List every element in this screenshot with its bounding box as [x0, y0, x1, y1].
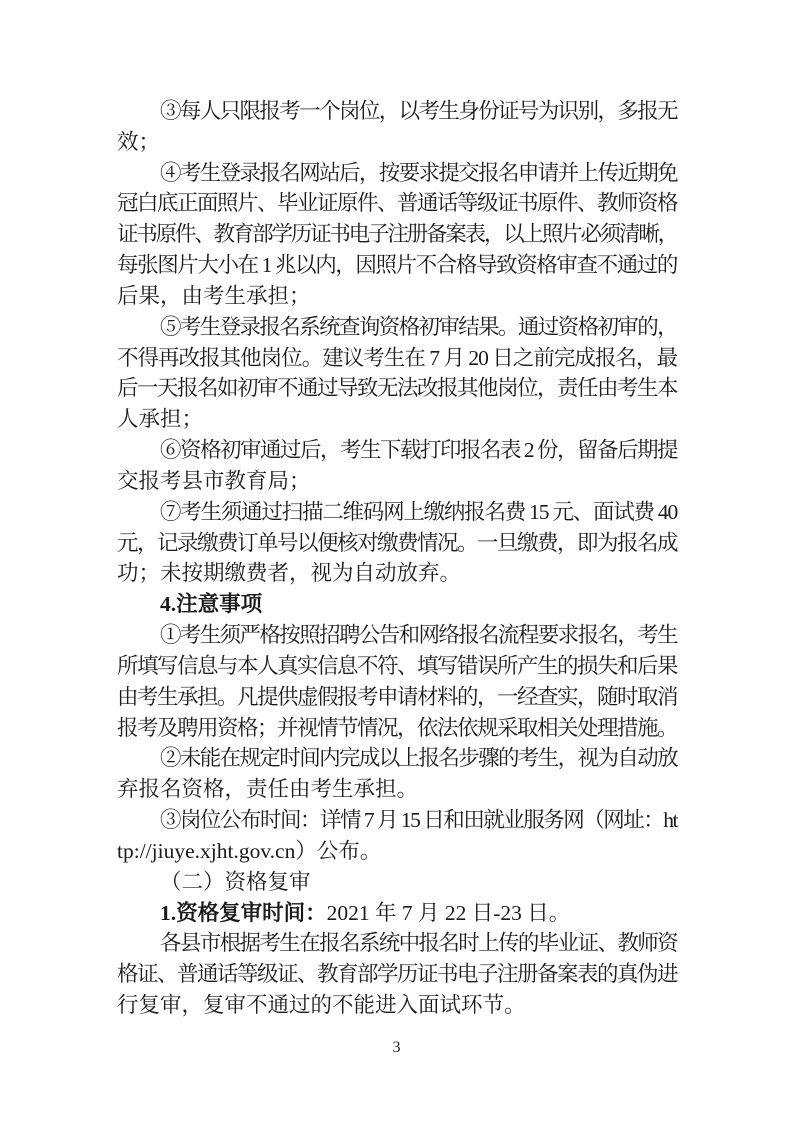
text-line: ②未能在规定时间内完成以上报名步骤的考生，视为自动放 [117, 743, 677, 774]
text-line: ⑥资格初审通过后，考生下载打印报名表 2 份，留备后期提 [117, 435, 677, 466]
document-page: ③每人只限报考一个岗位，以考生身份证号为识别，多报无 效； ④考生登录报名网站后… [0, 0, 793, 1122]
text-line: 所填写信息与本人真实信息不符、填写错误所产生的损失和后果 [117, 651, 677, 682]
text-line: 后一天报名如初审不通过导致无法改报其他岗位，责任由考生本 [117, 373, 677, 404]
section-heading: （二）资格复审 [117, 867, 677, 898]
text-line: 每张图片大小在 1 兆以内，因照片不合格导致资格审查不通过的 [117, 250, 677, 281]
text-line: ⑤考生登录报名系统查询资格初审结果。通过资格初审的， [117, 312, 677, 343]
text-line: 效； [117, 127, 677, 158]
text-line: tp://jiuye.xjht.gov.cn）公布。 [117, 836, 677, 867]
text-line: 报考及聘用资格；并视情节情况，依法依规采取相关处理措施。 [117, 713, 677, 744]
text-line: 冠白底正面照片、毕业证原件、普通话等级证书原件、教师资格 [117, 188, 677, 219]
document-text-block: ③每人只限报考一个岗位，以考生身份证号为识别，多报无 效； ④考生登录报名网站后… [117, 96, 677, 1021]
text-line: 人承担； [117, 404, 677, 435]
section-heading: 1.资格复审时间：2021 年 7 月 22 日-23 日。 [117, 898, 677, 929]
text-line: 弃报名资格，责任由考生承担。 [117, 774, 677, 805]
text-line: ③岗位公布时间：详情 7 月 15 日和田就业服务网（网址：ht [117, 805, 677, 836]
text-line: 各县市根据考生在报名系统中报名时上传的毕业证、教师资 [117, 928, 677, 959]
text-line: 交报考县市教育局； [117, 466, 677, 497]
text-line: 元，记录缴费订单号以便核对缴费情况。一旦缴费，即为报名成 [117, 528, 677, 559]
text-line: ③每人只限报考一个岗位，以考生身份证号为识别，多报无 [117, 96, 677, 127]
text-line: 功；未按期缴费者，视为自动放弃。 [117, 558, 677, 589]
text-line: ⑦考生须通过扫描二维码网上缴纳报名费 15 元、面试费 40 [117, 497, 677, 528]
text-line: 格证、普通话等级证、教育部学历证书电子注册备案表的真伪进 [117, 959, 677, 990]
text-line: 证书原件、教育部学历证书电子注册备案表，以上照片必须清晰， [117, 219, 677, 250]
text-line: 由考生承担。凡提供虚假报考申请材料的，一经查实，随时取消 [117, 682, 677, 713]
page-number: 3 [0, 1038, 793, 1058]
text-line: ④考生登录报名网站后，按要求提交报名申请并上传近期免 [117, 158, 677, 189]
text-line: 行复审，复审不通过的不能进入面试环节。 [117, 990, 677, 1021]
text-line: 不得再改报其他岗位。建议考生在 7 月 20 日之前完成报名，最 [117, 343, 677, 374]
text-line: ①考生须严格按照招聘公告和网络报名流程要求报名，考生 [117, 620, 677, 651]
text-line: 后果，由考生承担； [117, 281, 677, 312]
section-heading: 4.注意事项 [117, 589, 677, 620]
